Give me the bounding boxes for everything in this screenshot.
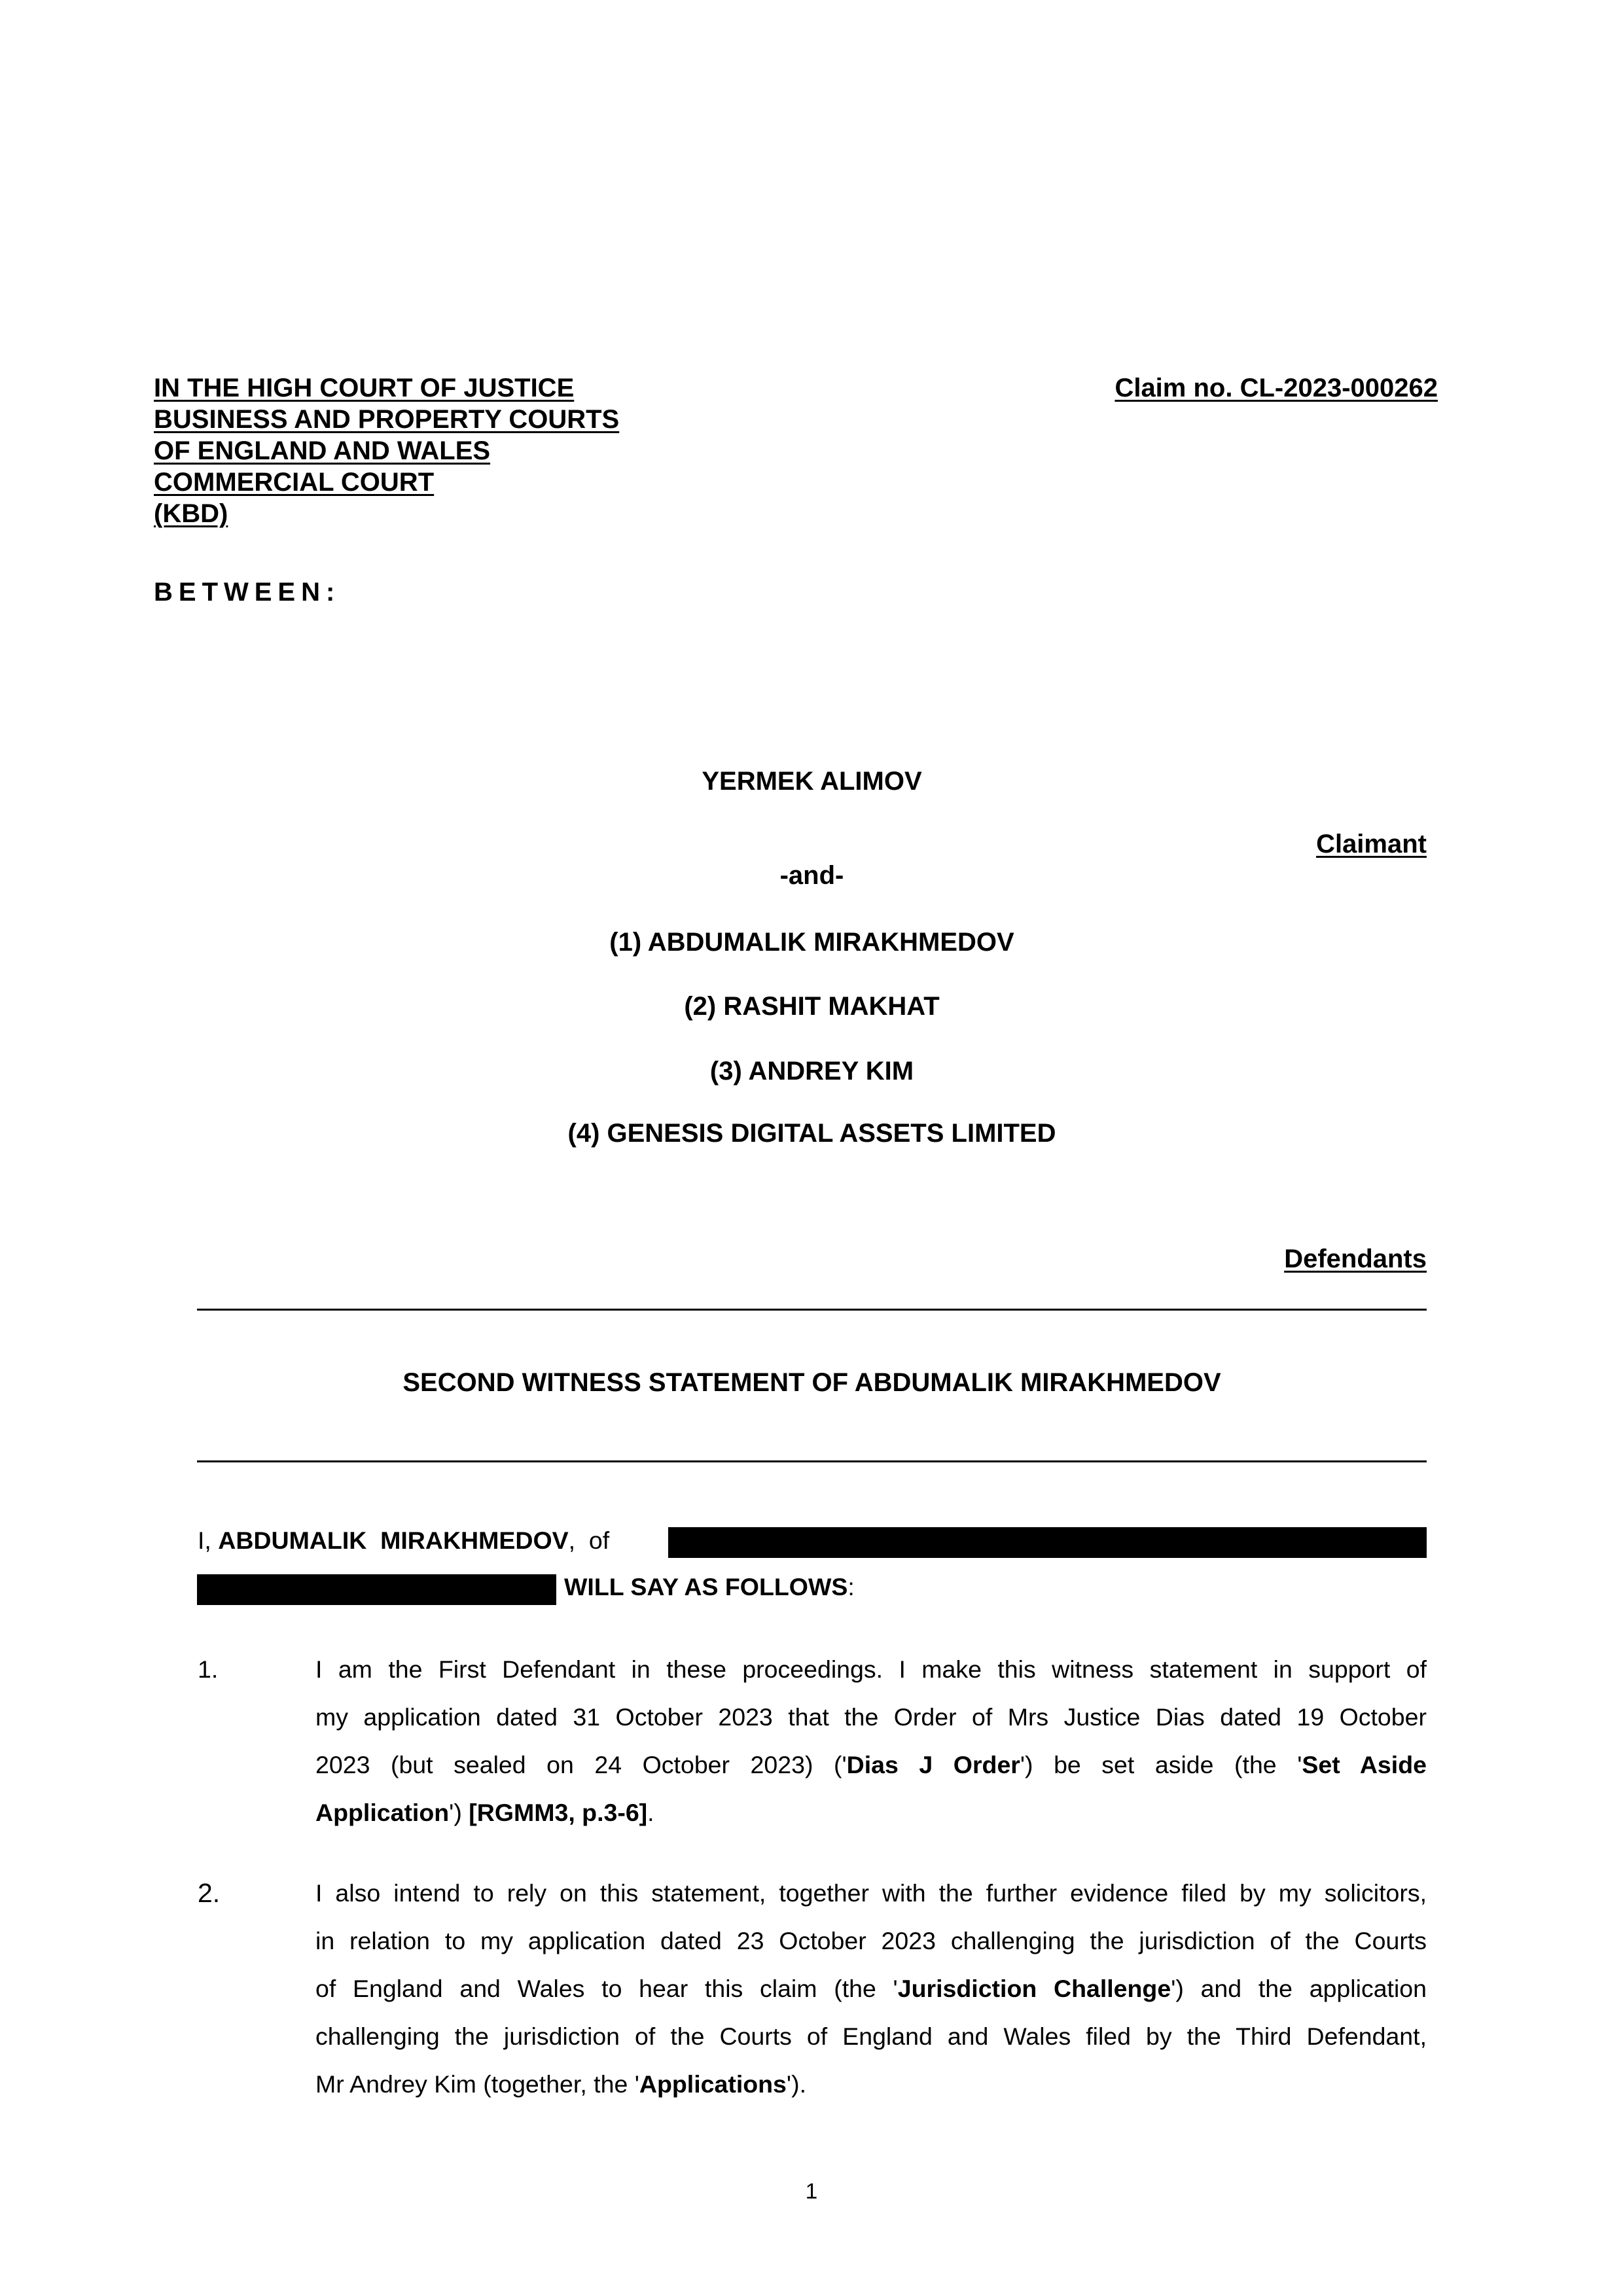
paragraph-line: Application') [RGMM3, p.3-6]. xyxy=(315,1789,1427,1837)
court-heading: IN THE HIGH COURT OF JUSTICE BUSINESS AN… xyxy=(154,372,619,529)
text: my application dated 31 October 2023 tha… xyxy=(315,1703,1427,1731)
bold-text: Applications xyxy=(639,2070,787,2098)
defendant-3: (3) ANDREY KIM xyxy=(197,1055,1427,1087)
text: 2023 (but sealed on 24 October 2023) (' xyxy=(315,1751,847,1778)
redaction-address-1 xyxy=(668,1527,1427,1558)
bold-text: Jurisdiction Challenge xyxy=(898,1975,1171,2002)
intro-line-2: WILL SAY AS FOLLOWS: xyxy=(564,1563,855,1611)
text: . xyxy=(647,1799,654,1826)
paragraph-line: Mr Andrey Kim (together, the 'Applicatio… xyxy=(315,2060,1427,2108)
divider-bottom xyxy=(197,1460,1427,1462)
bold-text: ABDUMALIK MIRAKHMEDOV xyxy=(218,1527,568,1554)
bold-text: Set Aside xyxy=(1302,1751,1427,1778)
paragraph-line: of England and Wales to hear this claim … xyxy=(315,1965,1427,2013)
redaction-address-2 xyxy=(197,1574,556,1605)
defendant-4: (4) GENESIS DIGITAL ASSETS LIMITED xyxy=(197,1118,1427,1149)
paragraph-line: I also intend to rely on this statement,… xyxy=(315,1869,1427,1917)
bold-text: [RGMM3, p.3-6] xyxy=(469,1799,647,1826)
paragraph-2: I also intend to rely on this statement,… xyxy=(315,1869,1427,2108)
bold-text: WILL SAY AS FOLLOWS xyxy=(564,1573,847,1600)
text: ') xyxy=(449,1799,469,1826)
claimant-name: YERMEK ALIMOV xyxy=(197,766,1427,797)
defendant-1: (1) ABDUMALIK MIRAKHMEDOV xyxy=(197,927,1427,958)
paragraph-number: 2. xyxy=(198,1869,220,1917)
text: ') be set aside (the ' xyxy=(1020,1751,1302,1778)
bold-text: Application xyxy=(315,1799,449,1826)
and-separator: -and- xyxy=(197,860,1427,891)
claim-number: Claim no. CL-2023-000262 xyxy=(1115,372,1438,404)
text: I am the First Defendant in these procee… xyxy=(315,1655,1427,1683)
text: Mr Andrey Kim (together, the ' xyxy=(315,2070,639,2098)
paragraph-1: I am the First Defendant in these procee… xyxy=(315,1646,1427,1837)
court-line: BUSINESS AND PROPERTY COURTS xyxy=(154,404,619,435)
court-line: OF ENGLAND AND WALES xyxy=(154,435,490,467)
bold-text: Dias J Order xyxy=(847,1751,1020,1778)
page-number: 1 xyxy=(0,2179,1623,2205)
court-line: (KBD) xyxy=(154,498,228,529)
text: challenging the jurisdiction of the Cour… xyxy=(315,2022,1427,2050)
court-line: COMMERCIAL COURT xyxy=(154,467,434,498)
text: : xyxy=(847,1573,854,1600)
intro-line-1: I, ABDUMALIK MIRAKHMEDOV, of xyxy=(198,1517,609,1564)
text: ') and the application xyxy=(1171,1975,1427,2002)
text: , of xyxy=(569,1527,610,1554)
between-label: BETWEEN: xyxy=(154,576,340,608)
paragraph-line: my application dated 31 October 2023 tha… xyxy=(315,1693,1427,1741)
paragraph-number: 1. xyxy=(198,1646,218,1693)
paragraph-line: I am the First Defendant in these procee… xyxy=(315,1646,1427,1693)
text: of England and Wales to hear this claim … xyxy=(315,1975,898,2002)
divider-top xyxy=(197,1309,1427,1311)
defendant-2: (2) RASHIT MAKHAT xyxy=(197,991,1427,1022)
court-line: IN THE HIGH COURT OF JUSTICE xyxy=(154,372,574,404)
paragraph-line: challenging the jurisdiction of the Cour… xyxy=(315,2013,1427,2060)
document-title: SECOND WITNESS STATEMENT OF ABDUMALIK MI… xyxy=(197,1367,1427,1398)
paragraph-line: in relation to my application dated 23 O… xyxy=(315,1917,1427,1965)
defendants-label: Defendants xyxy=(1284,1243,1427,1275)
paragraph-line: 2023 (but sealed on 24 October 2023) ('D… xyxy=(315,1741,1427,1789)
text: I, xyxy=(198,1527,218,1554)
claimant-label: Claimant xyxy=(1316,828,1427,860)
text: in relation to my application dated 23 O… xyxy=(315,1927,1427,1954)
text: '). xyxy=(787,2070,806,2098)
text: I also intend to rely on this statement,… xyxy=(315,1879,1427,1907)
